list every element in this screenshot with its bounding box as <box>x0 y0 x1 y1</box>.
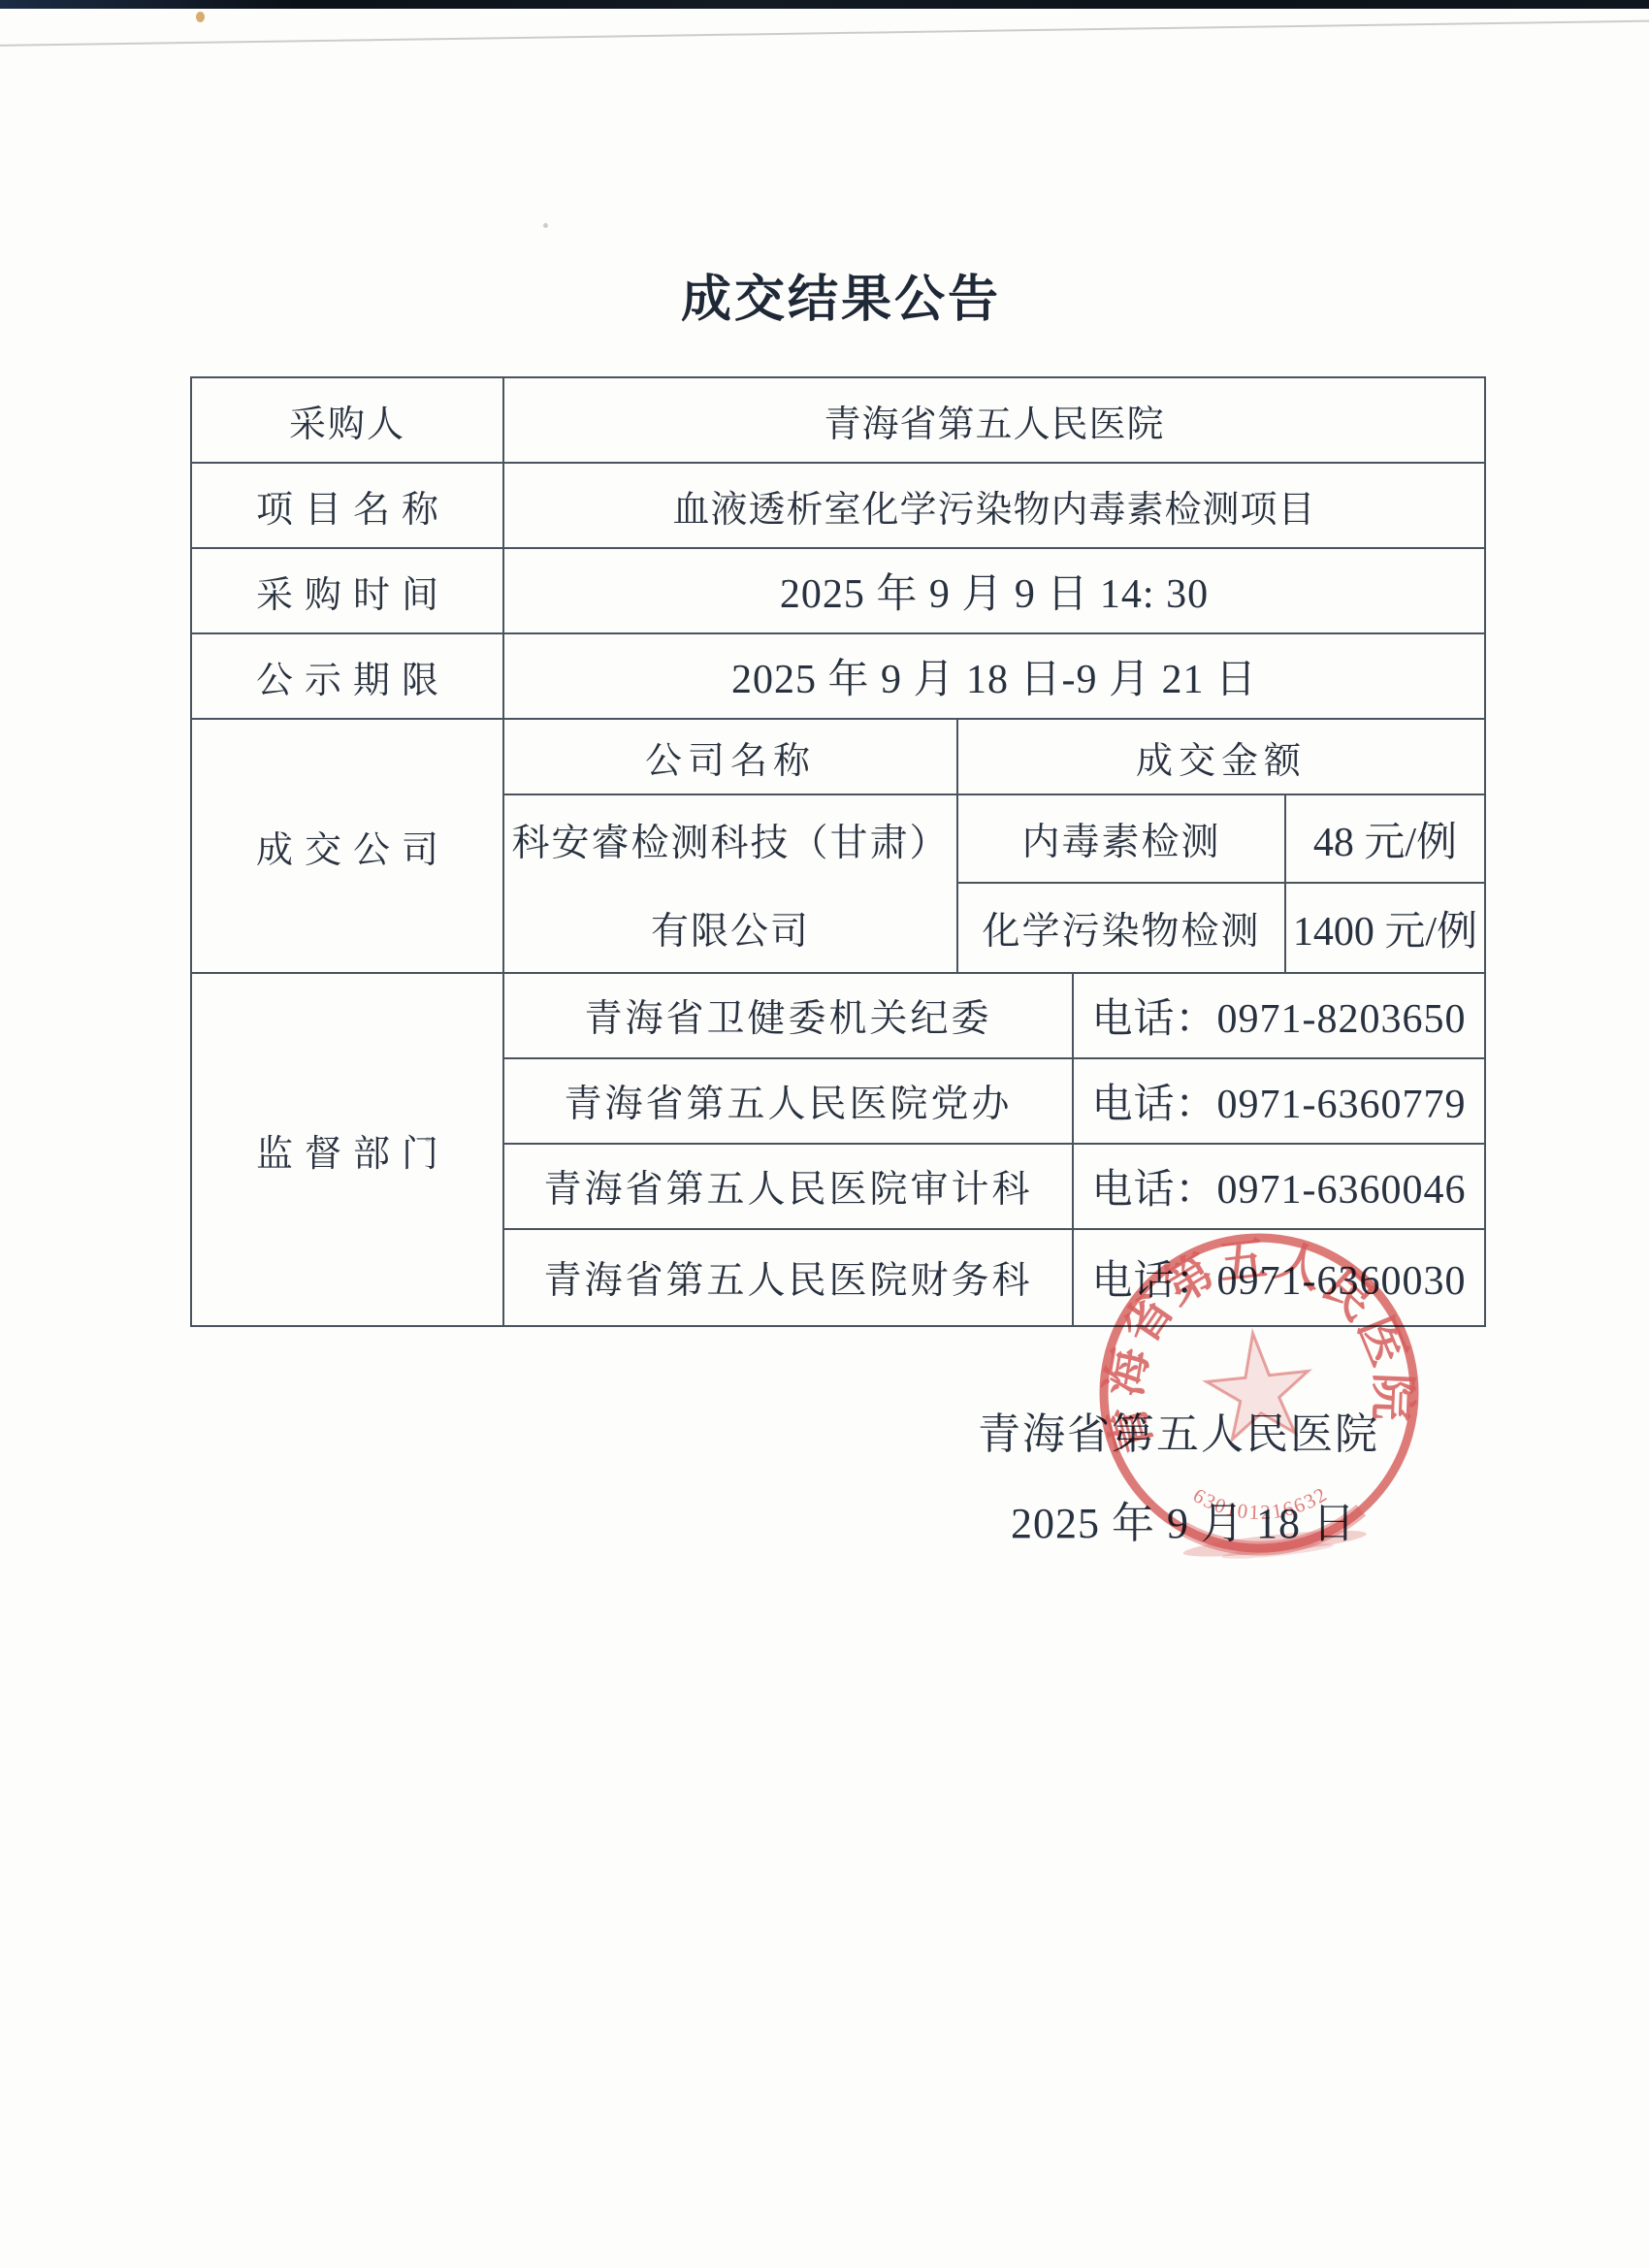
winning-company-cell: 科安睿检测科技（甘肃） 有限公司 <box>504 795 958 972</box>
row-label: 采购时间 <box>192 549 504 634</box>
seal-serial-number: 630101216632 <box>1187 1470 1334 1532</box>
deal-right: 公司名称 成交金额 科安睿检测科技（甘肃） 有限公司 内毒素检测 48 元/例 … <box>504 720 1484 972</box>
supervision-department: 青海省第五人民医院审计科 <box>504 1145 1074 1230</box>
supervision-phone: 电话：0971-6360779 <box>1074 1059 1484 1145</box>
row-label: 采购人 <box>192 378 504 464</box>
supervision-department: 青海省卫健委机关纪委 <box>504 974 1074 1059</box>
scan-speck <box>543 223 548 228</box>
deal-amount-header: 成交金额 <box>958 720 1484 795</box>
row-label: 公示期限 <box>192 634 504 720</box>
row-label: 项目名称 <box>192 464 504 549</box>
table-row: 公示期限 2025 年 9 月 18 日-9 月 21 日 <box>192 634 1484 720</box>
company-name-line1: 科安睿检测科技（甘肃） <box>504 795 956 884</box>
deal-item-name: 化学污染物检测 <box>958 884 1286 972</box>
supervision-row-label: 监督部门 <box>192 974 504 1325</box>
deal-item-row: 内毒素检测 48 元/例 <box>958 795 1484 884</box>
deal-items: 内毒素检测 48 元/例 化学污染物检测 1400 元/例 <box>958 795 1484 972</box>
supervision-department: 青海省第五人民医院财务科 <box>504 1230 1074 1325</box>
scanned-document-page: 成交结果公告 采购人 青海省第五人民医院 项目名称 血液透析室化学污染物内毒素检… <box>0 0 1649 2268</box>
page-title: 成交结果公告 <box>0 258 1649 331</box>
deal-item-price: 1400 元/例 <box>1286 884 1484 972</box>
scan-top-edge-band <box>0 0 1649 9</box>
supervision-row: 青海省第五人民医院党办 电话：0971-6360779 <box>504 1059 1484 1145</box>
supervision-phone: 电话：0971-8203650 <box>1074 974 1484 1059</box>
deal-body: 科安睿检测科技（甘肃） 有限公司 内毒素检测 48 元/例 化学污染物检测 14… <box>504 795 1484 972</box>
deal-header-row: 公司名称 成交金额 <box>504 720 1484 795</box>
deal-row-label: 成交公司 <box>192 720 504 972</box>
announcement-table: 采购人 青海省第五人民医院 项目名称 血液透析室化学污染物内毒素检测项目 采购时… <box>190 376 1486 1327</box>
supervision-row: 青海省卫健委机关纪委 电话：0971-8203650 <box>504 974 1484 1059</box>
company-name-line2: 有限公司 <box>504 884 956 972</box>
table-row: 采购人 青海省第五人民医院 <box>192 378 1484 464</box>
row-value: 青海省第五人民医院 <box>504 378 1484 464</box>
table-row: 采购时间 2025 年 9 月 9 日 14: 30 <box>192 549 1484 634</box>
deal-item-name: 内毒素检测 <box>958 795 1286 884</box>
row-value: 2025 年 9 月 9 日 14: 30 <box>504 549 1484 634</box>
scan-speck <box>196 12 205 22</box>
deal-item-price: 48 元/例 <box>1286 795 1484 884</box>
supervision-phone: 电话：0971-6360046 <box>1074 1145 1484 1230</box>
table-row: 项目名称 血液透析室化学污染物内毒素检测项目 <box>192 464 1484 549</box>
row-value: 血液透析室化学污染物内毒素检测项目 <box>504 464 1484 549</box>
row-value: 2025 年 9 月 18 日-9 月 21 日 <box>504 634 1484 720</box>
deal-item-row: 化学污染物检测 1400 元/例 <box>958 884 1484 972</box>
supervision-department: 青海省第五人民医院党办 <box>504 1059 1074 1145</box>
basic-rows-section: 采购人 青海省第五人民医院 项目名称 血液透析室化学污染物内毒素检测项目 采购时… <box>192 378 1484 720</box>
seal-star-icon <box>1202 1328 1314 1442</box>
paper-edge-line <box>0 19 1649 47</box>
company-name-header: 公司名称 <box>504 720 958 795</box>
deal-section: 成交公司 公司名称 成交金额 科安睿检测科技（甘肃） 有限公司 内毒素检测 48… <box>192 720 1484 974</box>
official-red-seal: 青海省第五人民医院 630101216632 <box>1074 1208 1444 1578</box>
